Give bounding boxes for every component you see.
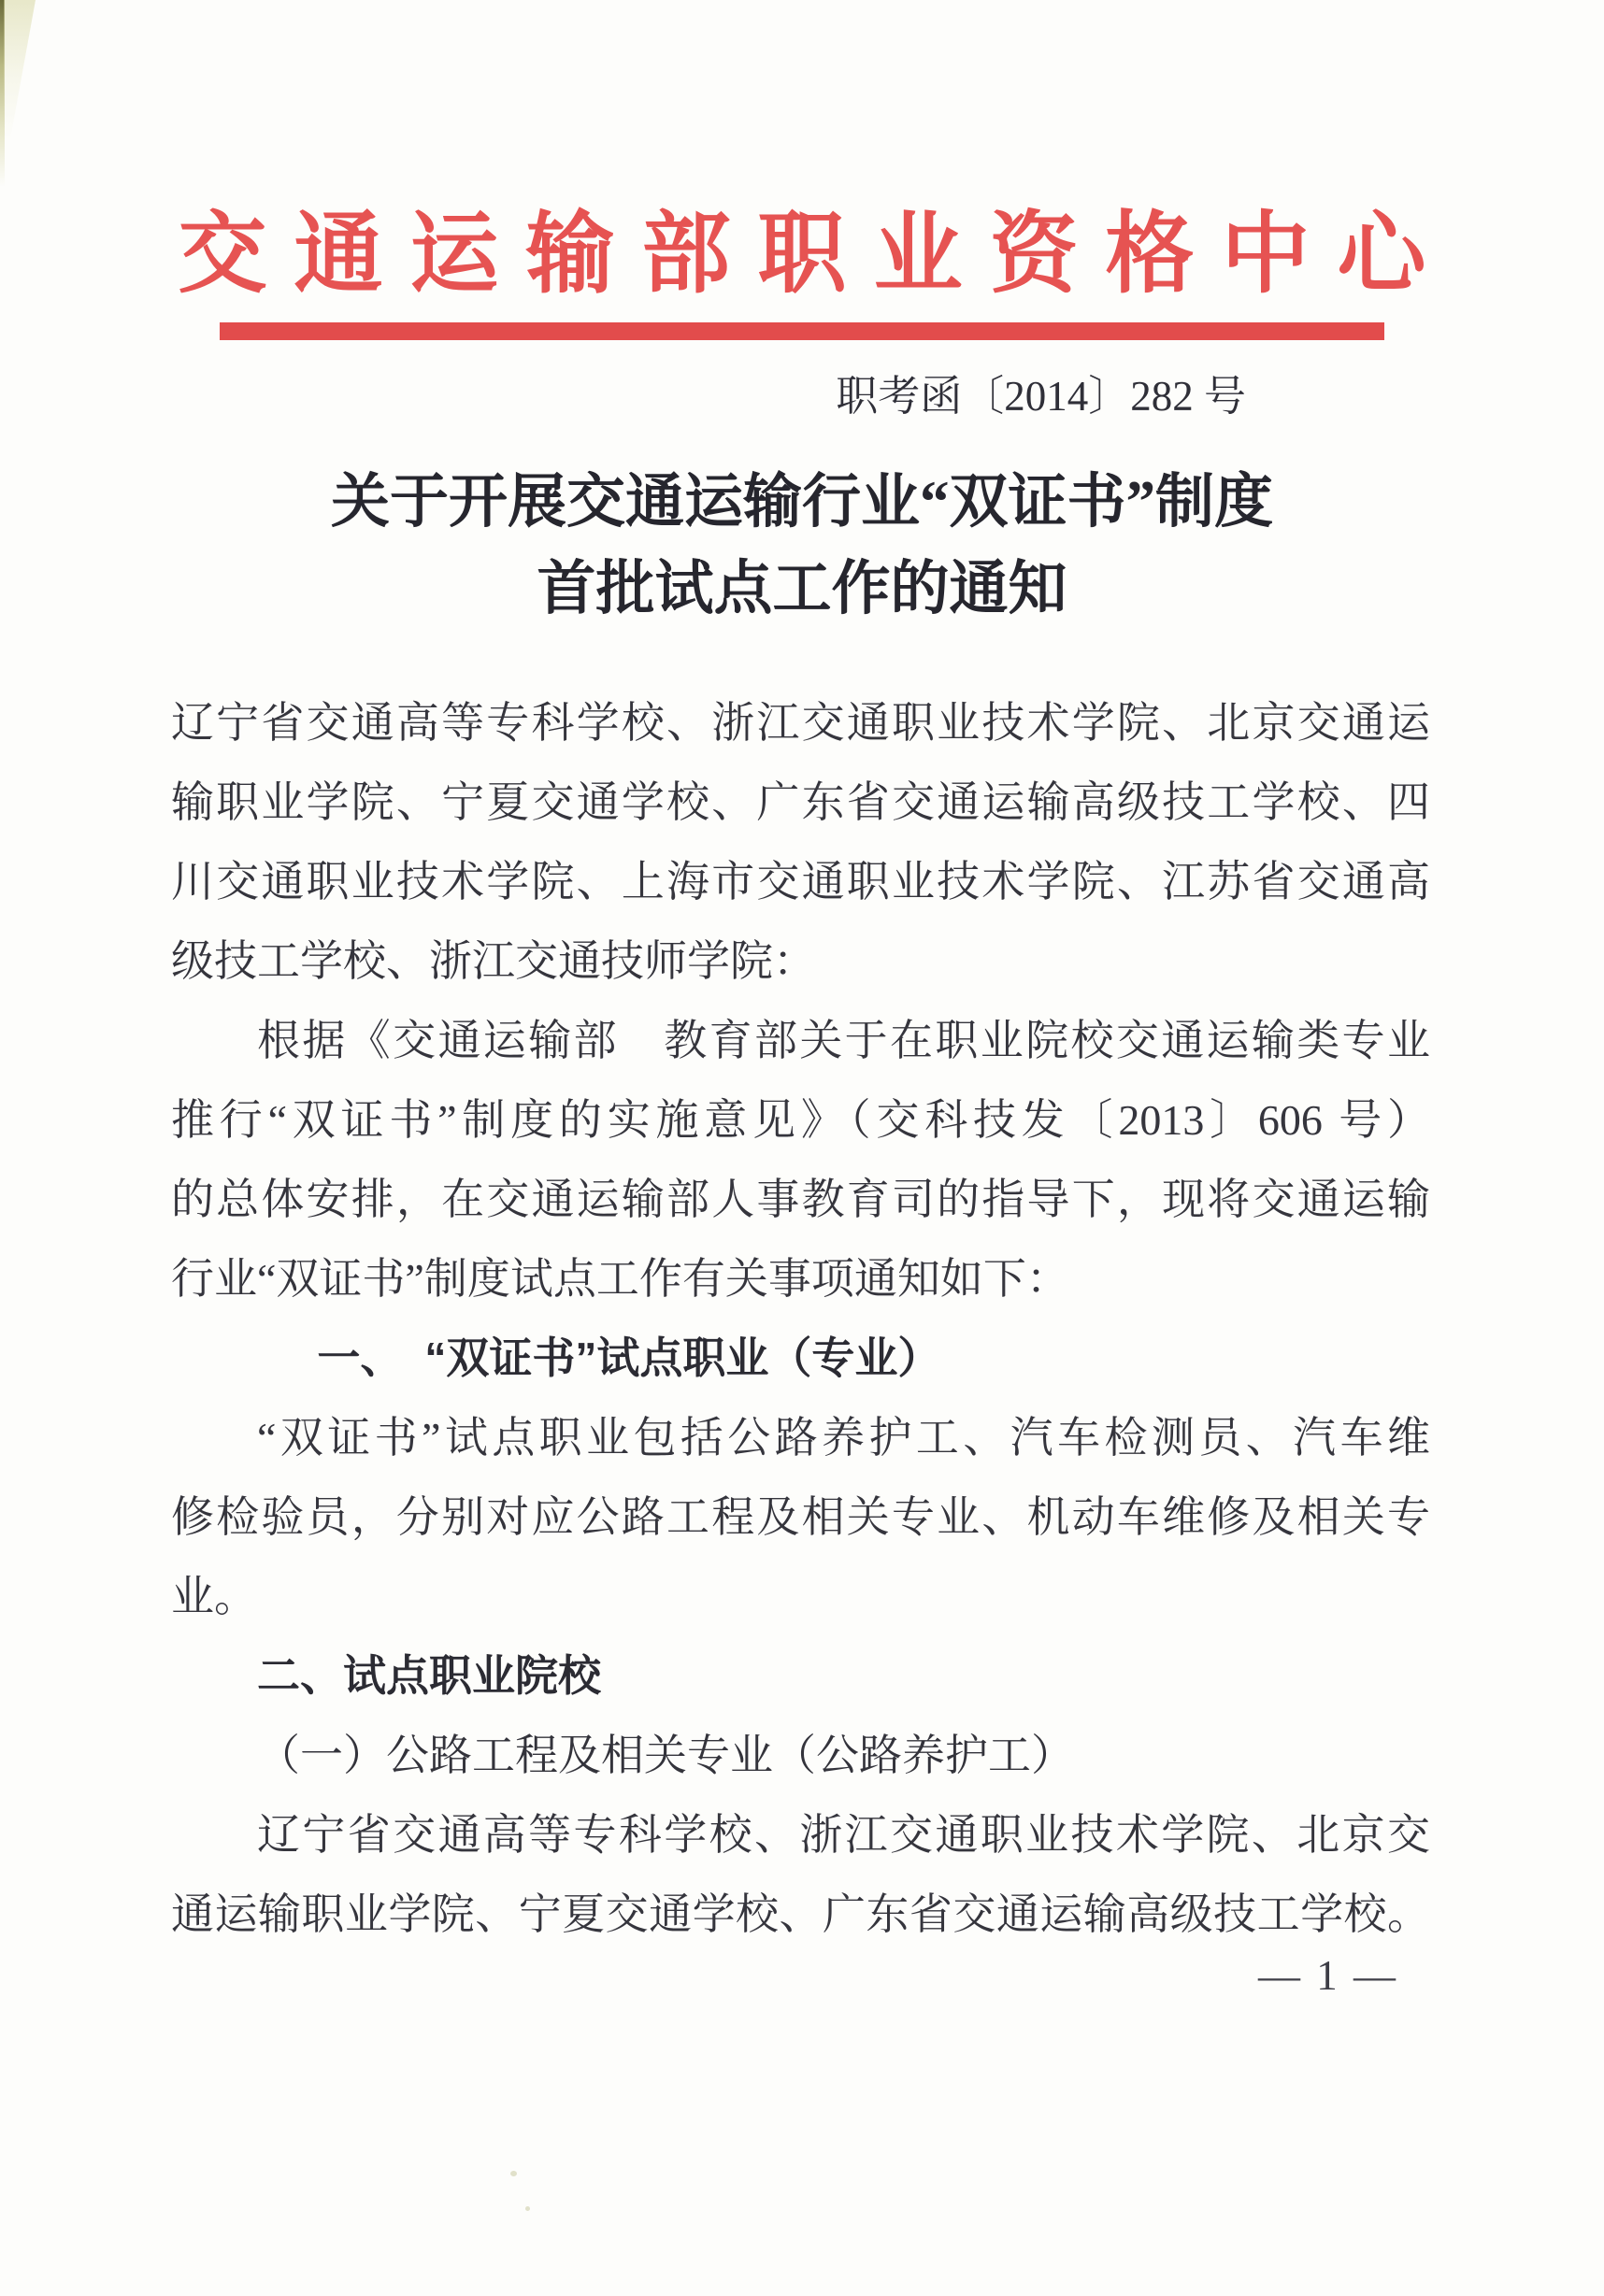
- body-line-6: 推行“双证书”制度的实施意见》（交科技发〔2013〕606 号）: [171, 1080, 1430, 1160]
- body-line-3: 川交通职业技术学院、上海市交通职业技术学院、江苏省交通高: [171, 842, 1430, 921]
- document-title-line-1: 关于开展交通运输行业“双证书”制度: [0, 459, 1604, 546]
- body-line-10: “双证书”试点职业包括公路养护工、汽车检测员、汽车维: [171, 1398, 1430, 1477]
- body-line-2: 输职业学院、宁夏交通学校、广东省交通运输高级技工学校、四: [171, 763, 1430, 842]
- section-heading-1: 一、 “双证书”试点职业（专业）: [171, 1319, 1430, 1398]
- body-line-7: 的总体安排，在交通运输部人事教育司的指导下，现将交通运输: [171, 1160, 1430, 1239]
- scanned-document-page: 交通运输部职业资格中心 职考函〔2014〕282 号 关于开展交通运输行业“双证…: [0, 0, 1604, 2296]
- letterhead-org-title: 交通运输部职业资格中心: [0, 0, 1604, 304]
- body-line-5: 根据《交通运输部 教育部关于在职业院校交通运输类专业: [171, 1001, 1430, 1080]
- document-title: 关于开展交通运输行业“双证书”制度 首批试点工作的通知: [0, 459, 1604, 633]
- document-body: 辽宁省交通高等专科学校、浙江交通职业技术学院、北京交通运 输职业学院、宁夏交通学…: [171, 683, 1430, 1954]
- section-heading-2: 二、试点职业院校: [171, 1636, 1430, 1716]
- body-line-11: 修检验员，分别对应公路工程及相关专业、机动车维修及相关专: [171, 1477, 1430, 1557]
- scan-speck: [510, 2171, 517, 2176]
- body-line-8: 行业“双证书”制度试点工作有关事项通知如下：: [171, 1239, 1430, 1319]
- document-title-line-2: 首批试点工作的通知: [0, 546, 1604, 633]
- body-line-16: 通运输职业学院、宁夏交通学校、广东省交通运输高级技工学校。: [171, 1875, 1430, 1954]
- subsection-heading-1: （一）公路工程及相关专业（公路养护工）: [171, 1716, 1430, 1795]
- scan-speck: [525, 2206, 530, 2211]
- body-line-1: 辽宁省交通高等专科学校、浙江交通职业技术学院、北京交通运: [171, 683, 1430, 763]
- letterhead-red-rule: [220, 322, 1384, 340]
- body-line-15: 辽宁省交通高等专科学校、浙江交通职业技术学院、北京交: [171, 1795, 1430, 1875]
- page-number: — 1 —: [1258, 1951, 1398, 2000]
- body-line-4: 级技工学校、浙江交通技师学院：: [171, 921, 1430, 1001]
- document-reference-number: 职考函〔2014〕282 号: [0, 374, 1604, 421]
- body-line-12: 业。: [171, 1557, 1430, 1636]
